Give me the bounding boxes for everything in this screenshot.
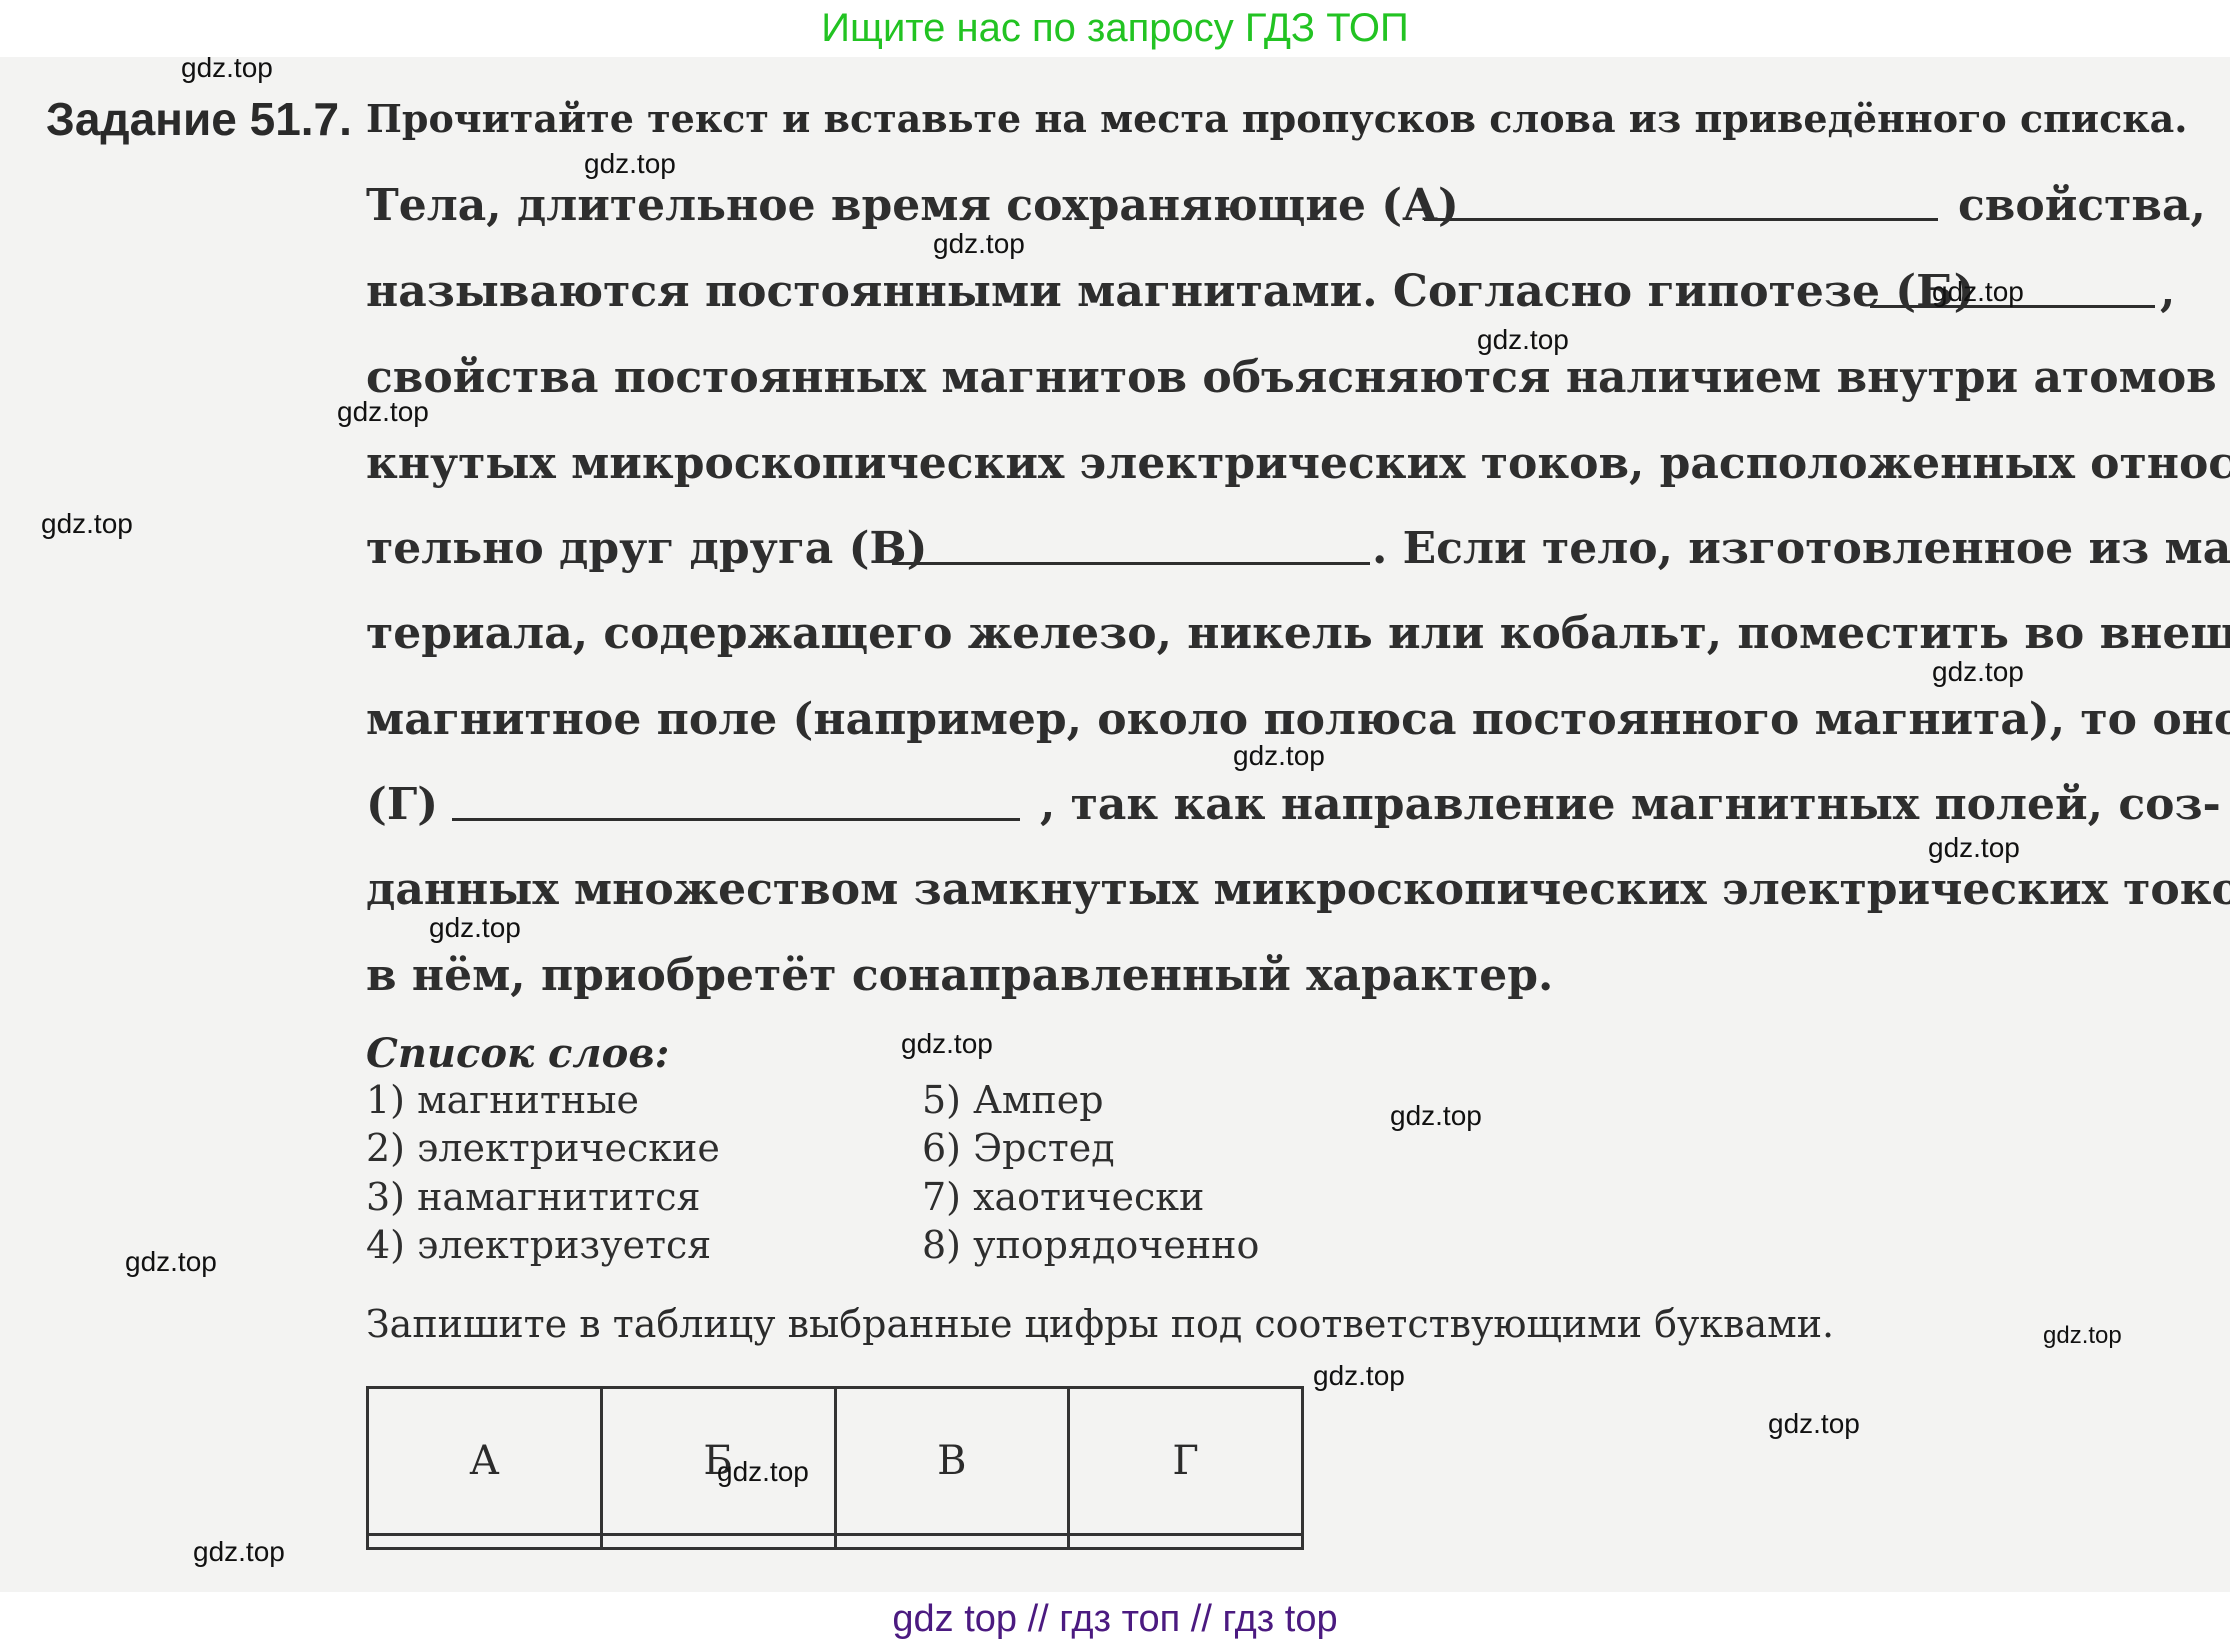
bottom-banner: gdz top // гдз топ // гдз top bbox=[0, 1594, 2230, 1644]
watermark: gdz.top bbox=[1233, 740, 1325, 772]
word-item: 8) упорядоченно bbox=[922, 1223, 1259, 1267]
header-v: В bbox=[835, 1388, 1069, 1535]
watermark: gdz.top bbox=[2043, 1322, 2122, 1350]
answer-cell-v[interactable] bbox=[835, 1534, 1069, 1548]
text-line-1a: Тела, длительное время сохраняющие (А) bbox=[366, 180, 1459, 231]
watermark: gdz.top bbox=[1390, 1100, 1482, 1132]
word-item: 1) магнитные bbox=[366, 1078, 639, 1122]
watermark: gdz.top bbox=[584, 148, 676, 180]
text-line-10: в нём, приобретёт сонаправленный характе… bbox=[366, 950, 1553, 1001]
word-item: 4) электризуется bbox=[366, 1223, 711, 1267]
instruction: Запишите в таблицу выбранные цифры под с… bbox=[366, 1302, 1834, 1346]
watermark: gdz.top bbox=[1932, 276, 2024, 308]
watermark: gdz.top bbox=[193, 1536, 285, 1568]
answer-cell-b[interactable] bbox=[601, 1534, 835, 1548]
top-banner: Ищите нас по запросу ГДЗ ТОП bbox=[0, 0, 2230, 57]
text-line-6: териала, содержащего железо, никель или … bbox=[366, 608, 2230, 659]
answer-cell-a[interactable] bbox=[368, 1534, 602, 1548]
watermark: gdz.top bbox=[41, 508, 133, 540]
text-line-3: свойства постоянных магнитов объясняются… bbox=[366, 352, 2230, 403]
text-line-4: кнутых микроскопических электрических то… bbox=[366, 438, 2230, 489]
blank-a[interactable] bbox=[1424, 218, 1938, 221]
watermark: gdz.top bbox=[933, 228, 1025, 260]
text-line-5b: . Если тело, изготовленное из ма- bbox=[1372, 523, 2230, 574]
word-list-title: Список слов: bbox=[366, 1030, 669, 1077]
header-a: А bbox=[368, 1388, 602, 1535]
watermark: gdz.top bbox=[901, 1028, 993, 1060]
watermark: gdz.top bbox=[337, 396, 429, 428]
blank-g[interactable] bbox=[452, 818, 1020, 821]
watermark: gdz.top bbox=[1313, 1360, 1405, 1392]
word-item: 7) хаотически bbox=[922, 1175, 1204, 1219]
text-line-8b: , так как направление магнитных полей, с… bbox=[1040, 779, 2221, 830]
word-item: 6) Эрстед bbox=[922, 1126, 1115, 1170]
watermark: gdz.top bbox=[717, 1456, 809, 1488]
watermark: gdz.top bbox=[181, 52, 273, 84]
task-number: Задание 51.7. bbox=[46, 92, 352, 146]
word-item: 5) Ампер bbox=[922, 1078, 1104, 1122]
text-line-2b: , bbox=[2160, 266, 2175, 317]
text-line-9: данных множеством замкнутых микроскопиче… bbox=[366, 864, 2230, 915]
blank-v[interactable] bbox=[892, 562, 1370, 565]
watermark: gdz.top bbox=[1768, 1408, 1860, 1440]
watermark: gdz.top bbox=[1928, 832, 2020, 864]
text-line-2a: называются постоянными магнитами. Соглас… bbox=[366, 266, 1975, 317]
text-line-8a: (Г) bbox=[366, 779, 438, 830]
header-g: Г bbox=[1069, 1388, 1303, 1535]
text-line-1b: свойства, bbox=[1958, 180, 2206, 231]
watermark: gdz.top bbox=[429, 912, 521, 944]
answer-table: А Б В Г bbox=[366, 1386, 1304, 1550]
answer-cell-g[interactable] bbox=[1069, 1534, 1303, 1548]
text-line-5a: тельно друг друга (В) bbox=[366, 523, 927, 574]
word-item: 2) электрические bbox=[366, 1126, 720, 1170]
task-intro: Прочитайте текст и вставьте на места про… bbox=[366, 96, 2188, 141]
watermark: gdz.top bbox=[1477, 324, 1569, 356]
watermark: gdz.top bbox=[1932, 656, 2024, 688]
watermark: gdz.top bbox=[125, 1246, 217, 1278]
word-item: 3) намагнитится bbox=[366, 1175, 700, 1219]
text-line-7: магнитное поле (например, около полюса п… bbox=[366, 694, 2230, 745]
